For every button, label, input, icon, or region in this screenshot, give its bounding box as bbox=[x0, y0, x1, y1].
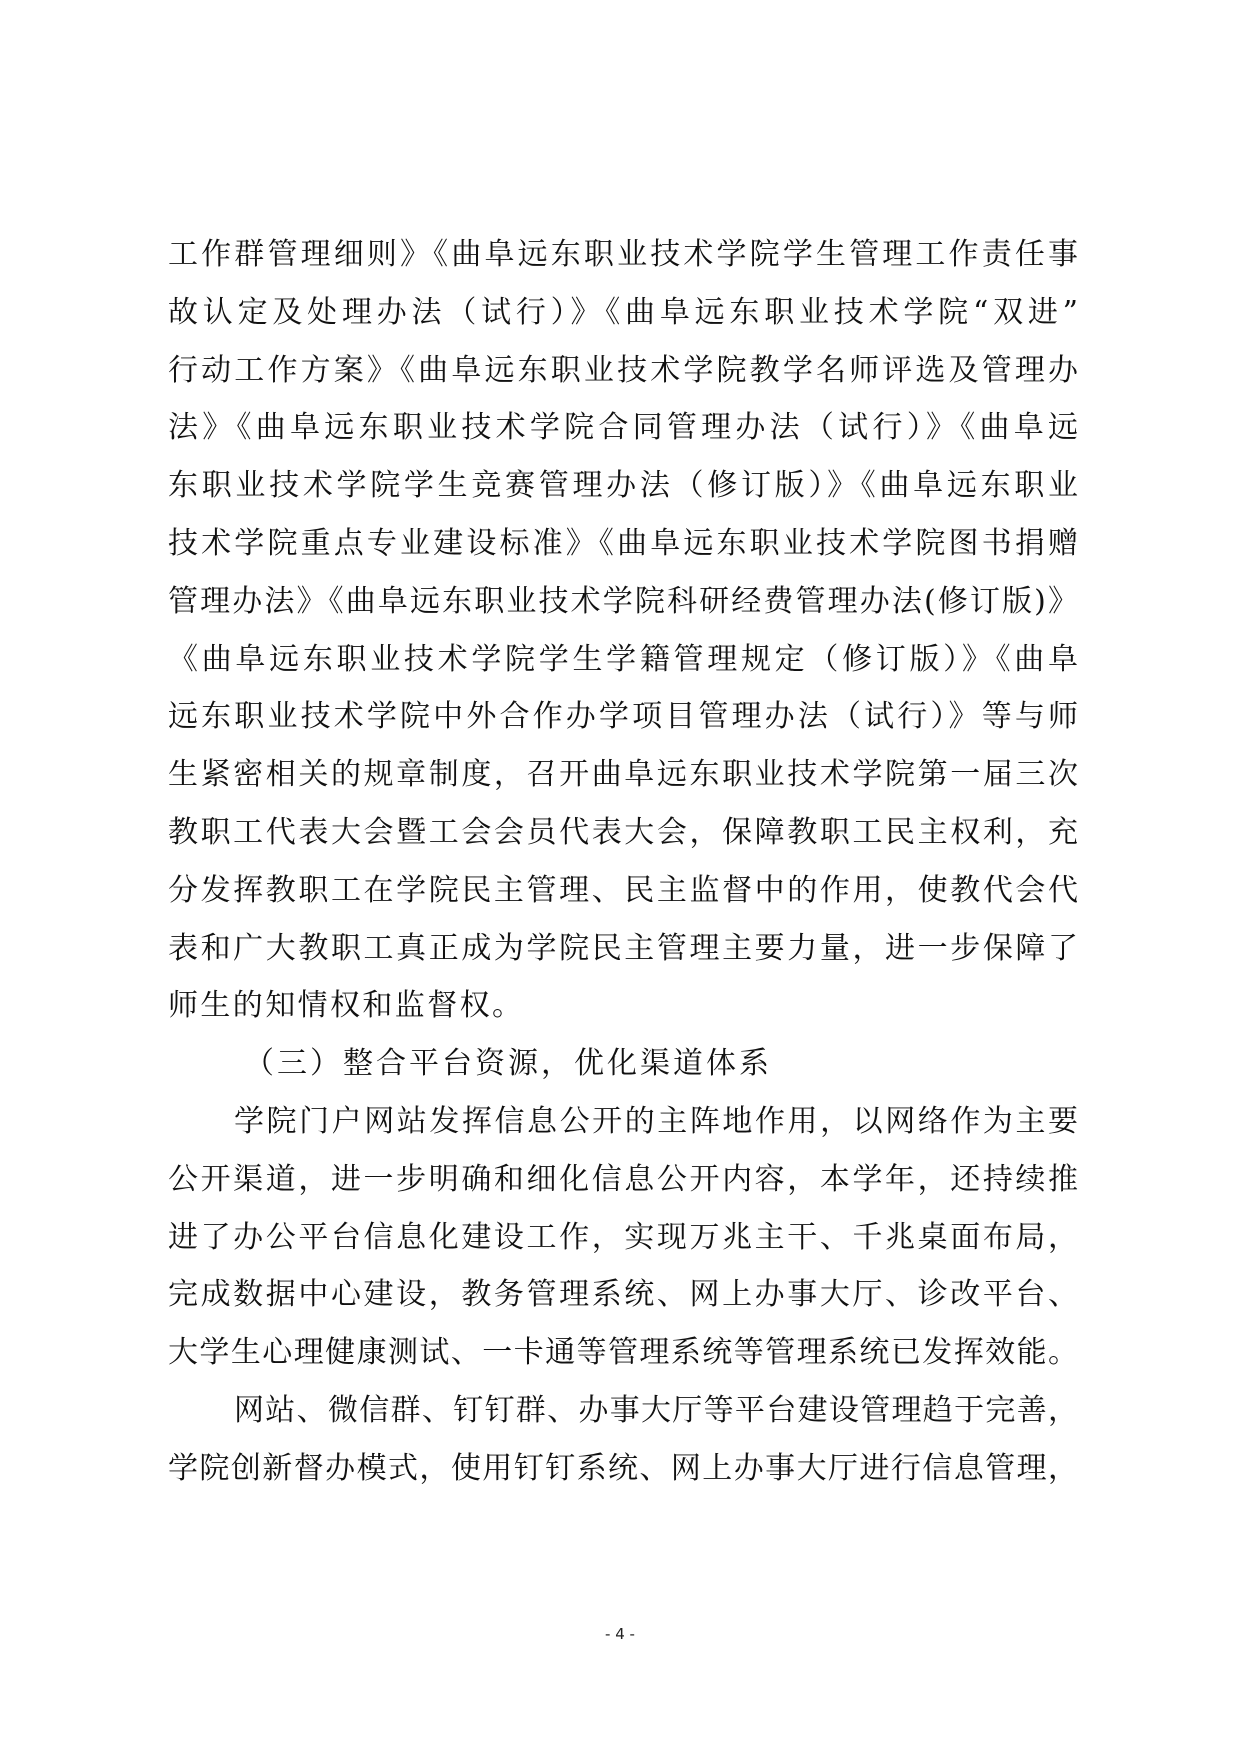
text-line: 进了办公平台信息化建设工作，实现万兆主干、千兆桌面布局， bbox=[168, 1209, 1078, 1267]
text-line: 学院门户网站发挥信息公开的主阵地作用，以网络作为主要 bbox=[168, 1093, 1078, 1151]
text-line: 完成数据中心建设，教务管理系统、网上办事大厅、诊改平台、 bbox=[168, 1266, 1078, 1324]
page-number: - 4 - bbox=[0, 1625, 1240, 1643]
text-line: 生紧密相关的规章制度，召开曲阜远东职业技术学院第一届三次 bbox=[168, 746, 1078, 804]
text-line: 大学生心理健康测试、一卡通等管理系统等管理系统已发挥效能。 bbox=[168, 1324, 1078, 1382]
text-line: 师生的知情权和监督权。 bbox=[168, 977, 1078, 1035]
text-line: 行动工作方案》《曲阜远东职业技术学院教学名师评选及管理办 bbox=[168, 342, 1078, 400]
text-line: 东职业技术学院学生竞赛管理办法（修订版）》《曲阜远东职业 bbox=[168, 457, 1078, 515]
text-line: 表和广大教职工真正成为学院民主管理主要力量，进一步保障了 bbox=[168, 920, 1078, 978]
text-line: 管理办法》《曲阜远东职业技术学院科研经费管理办法(修订版)》 bbox=[168, 573, 1078, 631]
text-line: 技术学院重点专业建设标准》《曲阜远东职业技术学院图书捐赠 bbox=[168, 515, 1078, 573]
text-line: 故认定及处理办法（试行）》《曲阜远东职业技术学院“双进” bbox=[168, 284, 1078, 342]
text-line: 网站、微信群、钉钉群、办事大厅等平台建设管理趋于完善， bbox=[168, 1382, 1078, 1440]
document-page: 工作群管理细则》《曲阜远东职业技术学院学生管理工作责任事 故认定及处理办法（试行… bbox=[0, 0, 1240, 1753]
text-line: 分发挥教职工在学院民主管理、民主监督中的作用，使教代会代 bbox=[168, 862, 1078, 920]
text-line: 学院创新督办模式，使用钉钉系统、网上办事大厅进行信息管理， bbox=[168, 1440, 1078, 1498]
text-line: 公开渠道，进一步明确和细化信息公开内容，本学年，还持续推 bbox=[168, 1151, 1078, 1209]
document-body: 工作群管理细则》《曲阜远东职业技术学院学生管理工作责任事 故认定及处理办法（试行… bbox=[168, 226, 1078, 1498]
text-line: 远东职业技术学院中外合作办学项目管理办法（试行）》等与师 bbox=[168, 688, 1078, 746]
text-line: 法》《曲阜远东职业技术学院合同管理办法（试行）》《曲阜远 bbox=[168, 399, 1078, 457]
section-heading: （三）整合平台资源，优化渠道体系 bbox=[168, 1035, 1078, 1093]
text-line: 《曲阜远东职业技术学院学生学籍管理规定（修订版）》《曲阜 bbox=[168, 631, 1078, 689]
text-line: 工作群管理细则》《曲阜远东职业技术学院学生管理工作责任事 bbox=[168, 226, 1078, 284]
text-line: 教职工代表大会暨工会会员代表大会，保障教职工民主权利，充 bbox=[168, 804, 1078, 862]
